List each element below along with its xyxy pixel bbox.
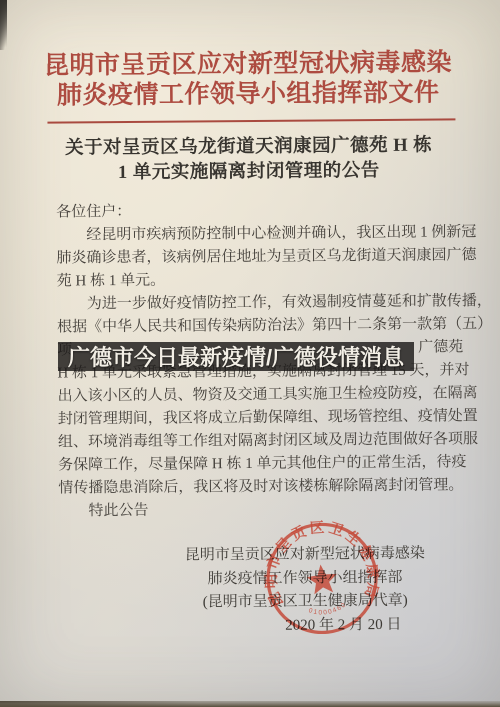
body-line: 经昆明市疾病预防控制中心检测并确认，我区出现 1 例新冠 [56,221,462,247]
header-line-2: 肺炎疫情工作领导小组指挥部文件 [0,78,498,112]
watermark-overlay: 广德市今日最新疫情/广德役情消息 [58,342,414,371]
body-line: 为进一步做好疫情防控工作，有效遏制疫情蔓延和扩散传播， [57,290,463,316]
body-line: 苑 H 栋 1 单元。 [57,267,463,293]
body-line: 各位住户： [56,198,462,224]
obscured-line-right: 广德苑 [418,336,463,359]
body-line: 务保障工作，尽量保障 H 栋 1 单元其他住户的正常生活，待疫 [58,451,464,477]
body-line: 情传播隐患消除后，我区将及时对该楼栋解除隔离封闭管理。 [58,474,464,500]
photo-frame: 昆明市呈贡区应对新型冠状病毒感染 肺炎疫情工作领导小组指挥部文件 关于对呈贡区乌… [0,0,500,707]
header-line-1: 昆明市呈贡区应对新型冠状病毒感染 [0,48,498,82]
official-seal: 昆明市呈贡区卫生健康局 0100046002 [256,512,389,645]
body-line: 封闭管理期间，我区将成立后勤保障组、现场管控组、疫情处置 [58,405,464,431]
title-line-1: 关于对呈贡区乌龙街道天润康园广德苑 H 栋 [0,133,499,161]
document-title: 关于对呈贡区乌龙街道天润康园广德苑 H 栋 1 单元实施隔离封闭管理的公告 [0,133,499,186]
seal-star-icon [305,563,339,595]
watermark-text: 广德市今日最新疫情/广德役情消息 [68,341,404,372]
body-line: 出入该小区的人员、物资及交通工具实施卫生检疫防疫，在隔离 [58,382,464,408]
header-divider [47,118,455,123]
body-line: 肺炎确诊患者，该病例居住地址为呈贡区乌龙街道天润康园广德 [56,244,462,270]
document-header: 昆明市呈贡区应对新型冠状病毒感染 肺炎疫情工作领导小组指挥部文件 [0,48,498,112]
seal-ring-text-content: 昆明市呈贡区卫生健康局 [256,512,385,614]
title-line-2: 1 单元实施隔离封闭管理的公告 [0,158,499,186]
photo-edge-bottom [0,701,500,707]
body-line: 特此公告 [58,497,464,523]
body-line: 组、环境消毒组等工作组对隔离封闭区域及周边范围做好各项服 [58,428,464,454]
body-line: 根据《中华人民共和国传染病防治法》第四十二条第一款第（五） [57,313,463,339]
seal-ring-text: 昆明市呈贡区卫生健康局 [256,512,385,614]
